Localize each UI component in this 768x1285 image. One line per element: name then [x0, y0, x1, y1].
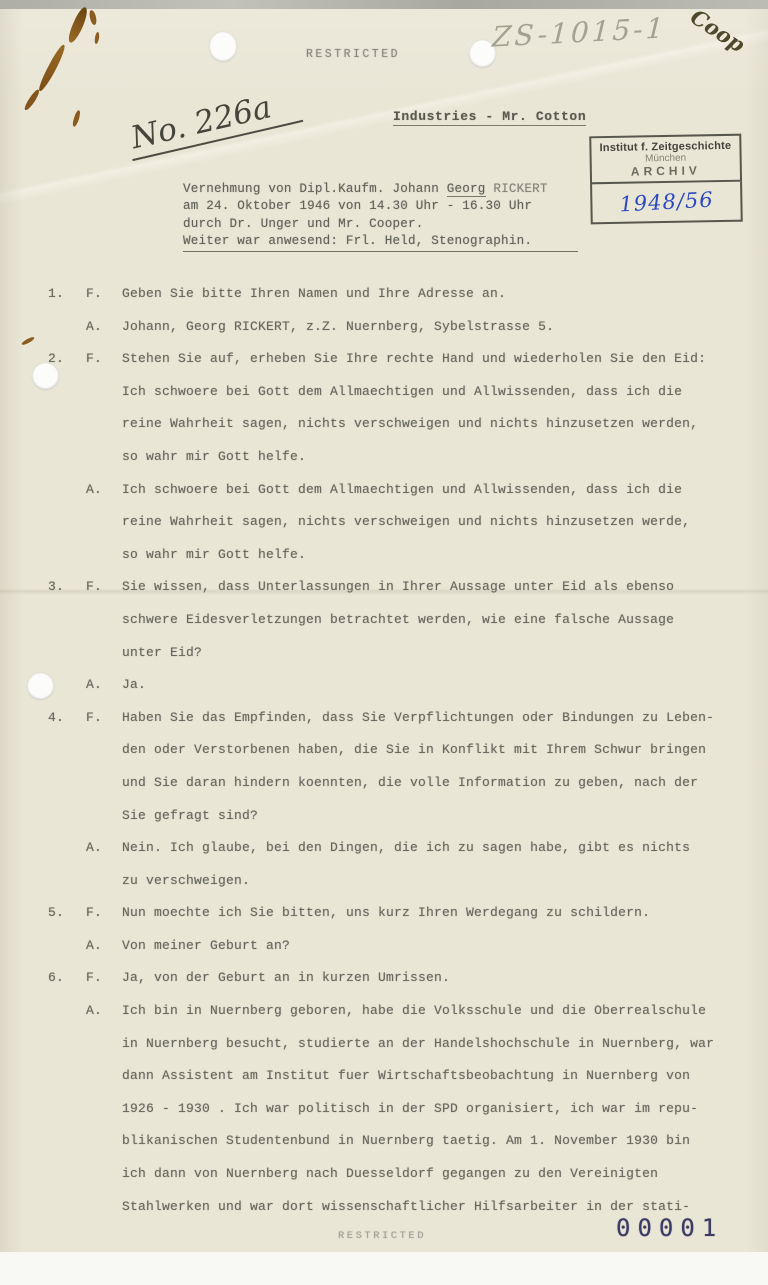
- qa-line: ich dann von Nuernberg nach Duesseldorf …: [0, 1166, 768, 1199]
- classification-stamp-bottom: RESTRICTED: [338, 1230, 426, 1242]
- qa-line: blikanischen Studentenbund in Nuernberg …: [0, 1133, 768, 1166]
- qa-text: so wahr mir Gott helfe.: [122, 547, 306, 562]
- qa-line: so wahr mir Gott helfe.: [0, 449, 768, 482]
- qa-letter: F.: [86, 351, 102, 366]
- header-line1-post: RICKERT: [486, 182, 548, 196]
- handwritten-reference-number: ZS-1015-1: [491, 11, 667, 53]
- qa-line: A. Johann, Georg RICKERT, z.Z. Nuernberg…: [0, 319, 768, 352]
- qa-line: unter Eid?: [0, 645, 768, 678]
- qa-line: A. Von meiner Geburt an?: [0, 938, 768, 971]
- qa-line: A. Ich bin in Nuernberg geboren, habe di…: [0, 1003, 768, 1036]
- qa-text: den oder Verstorbenen haben, die Sie in …: [122, 742, 706, 757]
- qa-text: und Sie daran hindern koennten, die voll…: [122, 775, 698, 790]
- qa-letter: A.: [86, 938, 102, 953]
- qa-line: den oder Verstorbenen haben, die Sie in …: [0, 742, 768, 775]
- qa-letter: F.: [86, 579, 102, 594]
- qa-text: Ich schwoere bei Gott dem Allmaechtigen …: [122, 384, 682, 399]
- qa-letter: A.: [86, 1003, 102, 1018]
- header-line-1: Vernehmung von Dipl.Kaufm. Johann Georg …: [183, 181, 578, 198]
- qa-line: A. Ich schwoere bei Gott dem Allmaechtig…: [0, 482, 768, 515]
- qa-text: Ich schwoere bei Gott dem Allmaechtigen …: [122, 482, 682, 497]
- header-line4-text: Weiter war anwesend: Frl. Held, Stenogra…: [183, 233, 578, 251]
- qa-text: schwere Eidesverletzungen betrachtet wer…: [122, 612, 674, 627]
- qa-letter: A.: [86, 319, 102, 334]
- archive-stamp: Institut f. Zeitgeschichte München ARCHI…: [589, 134, 743, 225]
- qa-letter: A.: [86, 840, 102, 855]
- qa-line: Ich schwoere bei Gott dem Allmaechtigen …: [0, 384, 768, 417]
- header-line-3: durch Dr. Unger und Mr. Cooper.: [183, 216, 578, 233]
- qa-text: so wahr mir Gott helfe.: [122, 449, 306, 464]
- scanned-document-page: RESTRICTED RESTRICTED ZS-1015-1 Coop No.…: [0, 0, 768, 1285]
- qa-line: reine Wahrheit sagen, nichts verschweige…: [0, 416, 768, 449]
- qa-line: 1926 - 1930 . Ich war politisch in der S…: [0, 1101, 768, 1134]
- interrogation-header: Vernehmung von Dipl.Kaufm. Johann Georg …: [183, 181, 578, 252]
- header-line1-underlined: Georg: [447, 182, 486, 197]
- archive-stamp-box: Institut f. Zeitgeschichte München ARCHI…: [589, 134, 742, 185]
- header-line1-pre: Vernehmung von Dipl.Kaufm. Johann: [183, 182, 447, 196]
- qa-letter: F.: [86, 970, 102, 985]
- question-number: 4.: [48, 710, 64, 725]
- qa-body: 1. F. Geben Sie bitte Ihren Namen und Ih…: [0, 286, 768, 1231]
- qa-line: 5. F. Nun moechte ich Sie bitten, uns ku…: [0, 905, 768, 938]
- qa-text: Nein. Ich glaube, bei den Dingen, die ic…: [122, 840, 690, 855]
- qa-text: Ich bin in Nuernberg geboren, habe die V…: [122, 1003, 706, 1018]
- qa-text: Sie wissen, dass Unterlassungen in Ihrer…: [122, 579, 674, 594]
- stain: [94, 32, 100, 45]
- qa-line: A. Nein. Ich glaube, bei den Dingen, die…: [0, 840, 768, 873]
- qa-text: unter Eid?: [122, 645, 202, 660]
- stain: [66, 6, 91, 45]
- qa-line: 4. F. Haben Sie das Empfinden, dass Sie …: [0, 710, 768, 743]
- qa-line: dann Assistent am Institut fuer Wirtscha…: [0, 1068, 768, 1101]
- qa-letter: F.: [86, 905, 102, 920]
- qa-line: reine Wahrheit sagen, nichts verschweige…: [0, 514, 768, 547]
- handwritten-copy-mark: Coop: [686, 4, 749, 57]
- qa-line: 3. F. Sie wissen, dass Unterlassungen in…: [0, 579, 768, 612]
- qa-text: Johann, Georg RICKERT, z.Z. Nuernberg, S…: [122, 319, 554, 334]
- header-line-2: am 24. Oktober 1946 von 14.30 Uhr - 16.3…: [183, 198, 578, 215]
- qa-line: zu verschweigen.: [0, 873, 768, 906]
- qa-line: schwere Eidesverletzungen betrachtet wer…: [0, 612, 768, 645]
- qa-line: A. Ja.: [0, 677, 768, 710]
- qa-line: 1. F. Geben Sie bitte Ihren Namen und Ih…: [0, 286, 768, 319]
- scan-edge-bottom: [0, 1252, 768, 1285]
- question-number: 6.: [48, 970, 64, 985]
- qa-letter: A.: [86, 677, 102, 692]
- stain: [71, 110, 81, 128]
- qa-text: Von meiner Geburt an?: [122, 938, 290, 953]
- question-number: 5.: [48, 905, 64, 920]
- stain: [36, 43, 67, 93]
- qa-text: reine Wahrheit sagen, nichts verschweige…: [122, 514, 690, 529]
- question-number: 3.: [48, 579, 64, 594]
- qa-text: Ja.: [122, 677, 146, 692]
- qa-text: Stahlwerken und war dort wissenschaftlic…: [122, 1199, 690, 1214]
- qa-line: in Nuernberg besucht, studierte an der H…: [0, 1036, 768, 1069]
- qa-text: zu verschweigen.: [122, 873, 250, 888]
- question-number: 2.: [48, 351, 64, 366]
- scan-edge-top: [0, 0, 768, 9]
- header-line-4: Weiter war anwesend: Frl. Held, Stenogra…: [183, 233, 578, 251]
- qa-text: 1926 - 1930 . Ich war politisch in der S…: [122, 1101, 698, 1116]
- subject-line: Industries - Mr. Cotton: [393, 109, 586, 126]
- qa-letter: F.: [86, 710, 102, 725]
- qa-text: ich dann von Nuernberg nach Duesseldorf …: [122, 1166, 658, 1181]
- qa-line: 2. F. Stehen Sie auf, erheben Sie Ihre r…: [0, 351, 768, 384]
- qa-line: und Sie daran hindern koennten, die voll…: [0, 775, 768, 808]
- handwritten-file-number: No. 226a: [124, 83, 303, 161]
- archive-accession-number: 1948/56: [619, 188, 714, 217]
- question-number: 1.: [48, 286, 64, 301]
- qa-line: 6. F. Ja, von der Geburt an in kurzen Um…: [0, 970, 768, 1003]
- punch-hole: [209, 32, 237, 62]
- stain: [89, 10, 98, 26]
- qa-text: Nun moechte ich Sie bitten, uns kurz Ihr…: [122, 905, 650, 920]
- qa-text: Ja, von der Geburt an in kurzen Umrissen…: [122, 970, 450, 985]
- qa-text: Geben Sie bitte Ihren Namen und Ihre Adr…: [122, 286, 506, 301]
- archive-stamp-archiv: ARCHIV: [594, 163, 738, 180]
- qa-line: Sie gefragt sind?: [0, 808, 768, 841]
- qa-text: reine Wahrheit sagen, nichts verschweige…: [122, 416, 698, 431]
- qa-text: Stehen Sie auf, erheben Sie Ihre rechte …: [122, 351, 706, 366]
- archive-stamp-number-box: 1948/56: [590, 182, 743, 225]
- qa-text: Sie gefragt sind?: [122, 808, 258, 823]
- page-number-stamp: 00001: [616, 1214, 723, 1242]
- qa-text: blikanischen Studentenbund in Nuernberg …: [122, 1133, 690, 1148]
- classification-stamp-top: RESTRICTED: [306, 48, 400, 61]
- qa-line: so wahr mir Gott helfe.: [0, 547, 768, 580]
- qa-text: in Nuernberg besucht, studierte an der H…: [122, 1036, 714, 1051]
- qa-letter: A.: [86, 482, 102, 497]
- qa-text: dann Assistent am Institut fuer Wirtscha…: [122, 1068, 690, 1083]
- qa-letter: F.: [86, 286, 102, 301]
- qa-text: Haben Sie das Empfinden, dass Sie Verpfl…: [122, 710, 714, 725]
- stain: [23, 88, 41, 111]
